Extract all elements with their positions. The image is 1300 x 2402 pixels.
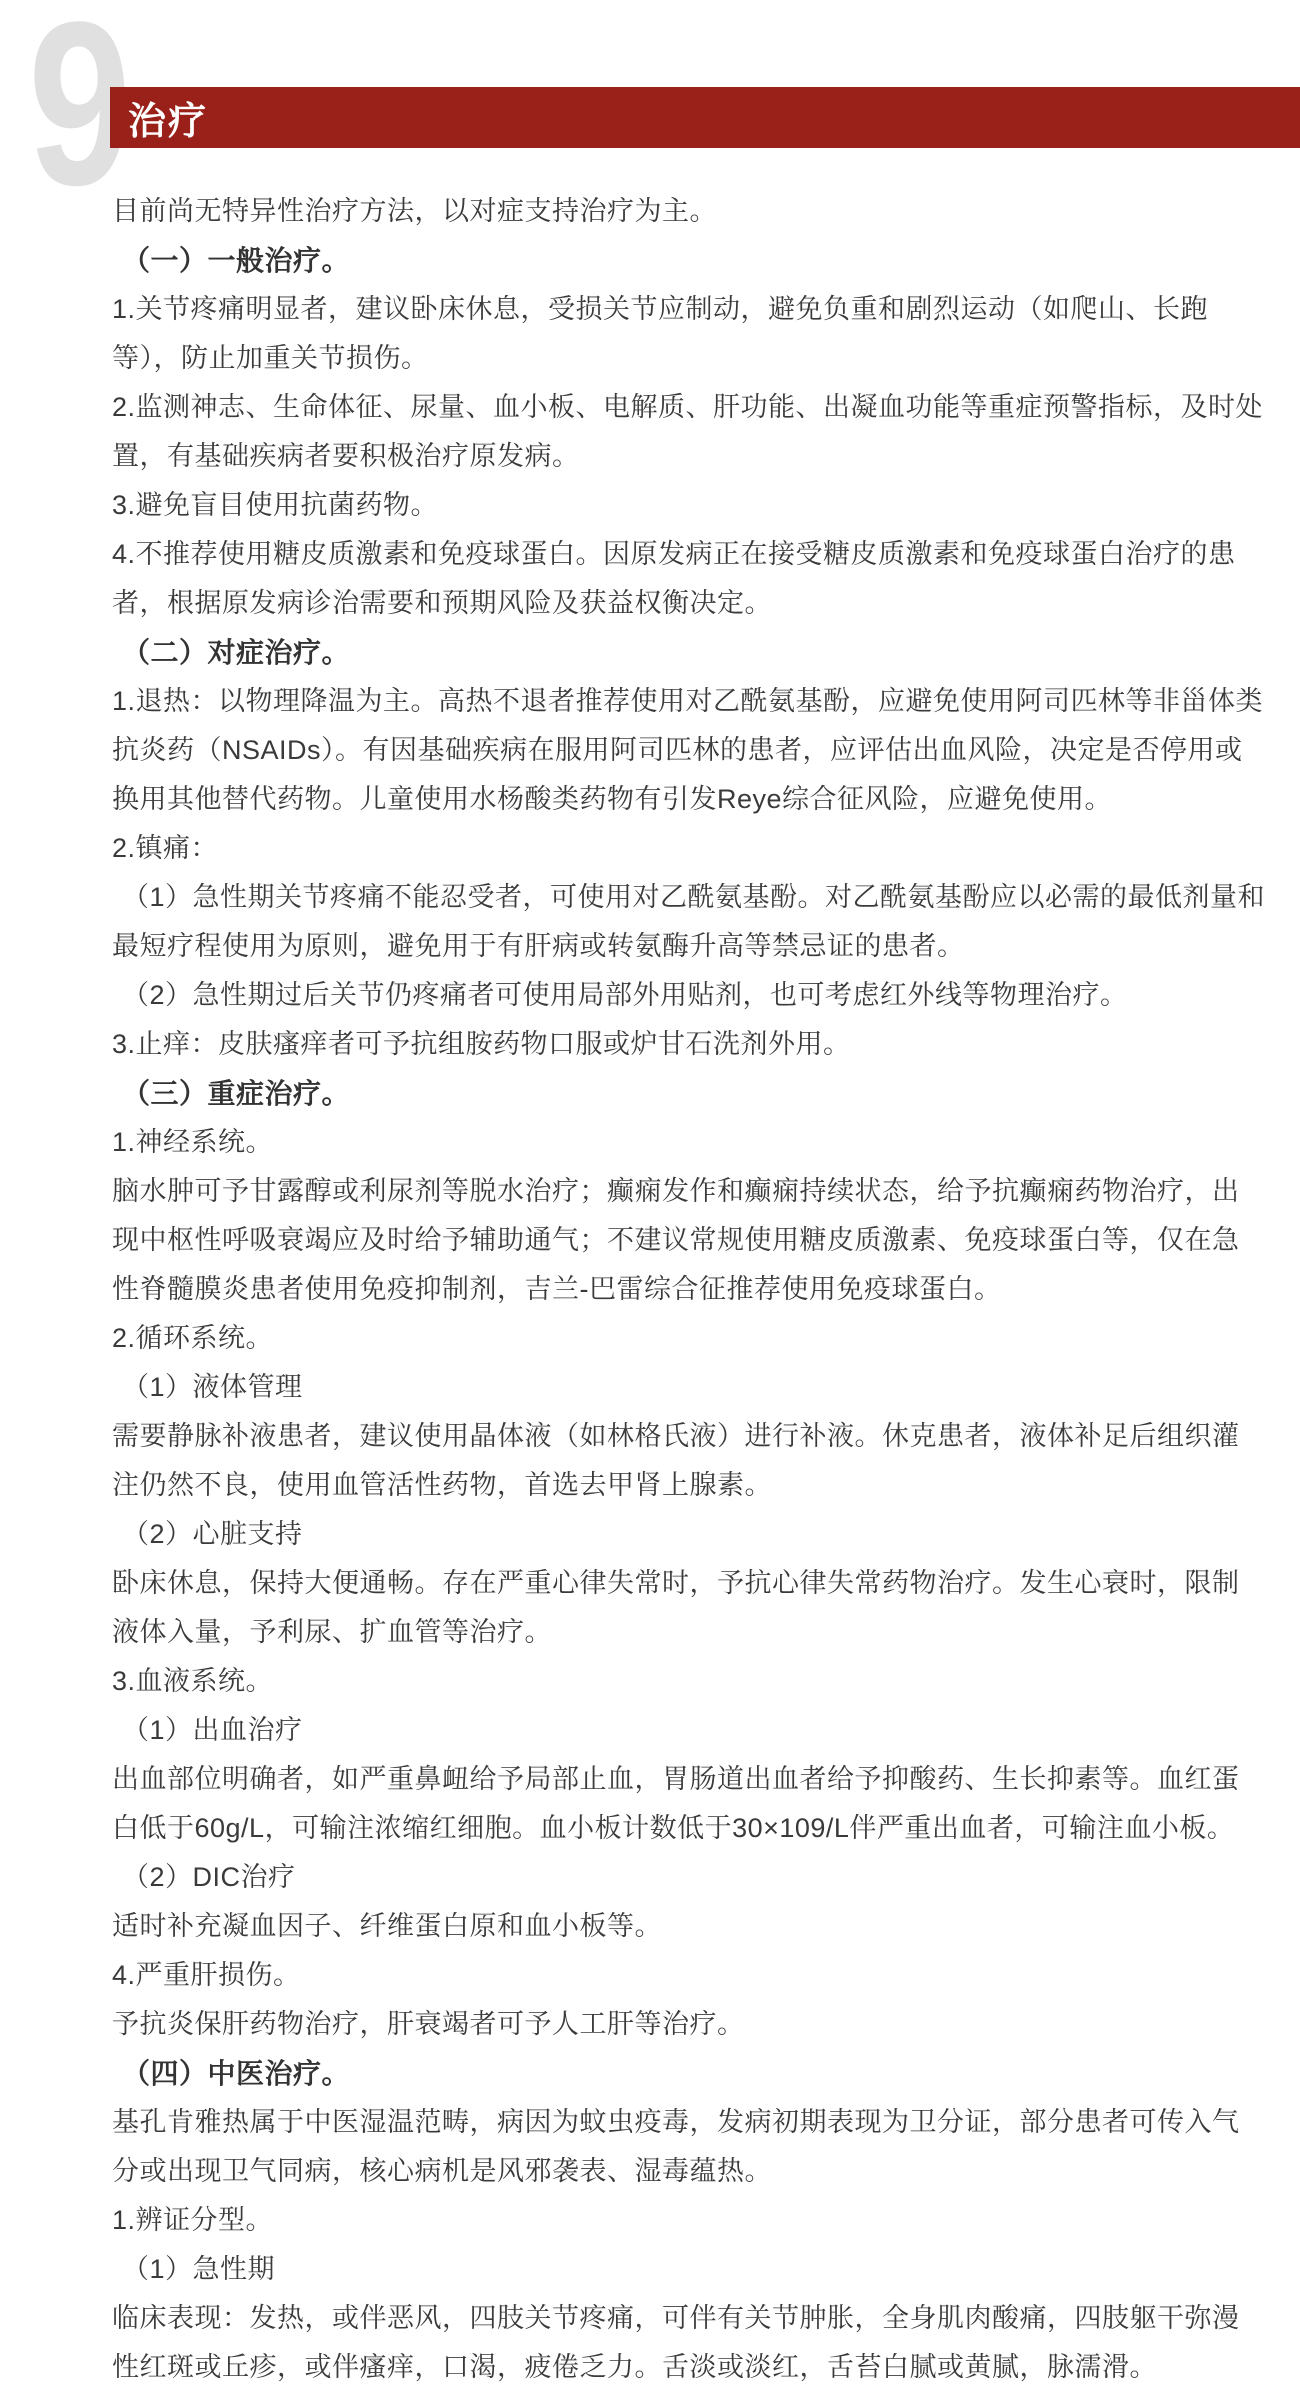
text-line: 性红斑或丘疹，或伴瘙痒，口渴，疲倦乏力。舌淡或淡红，舌苔白腻或黄腻，脉濡滑。 <box>112 2343 1242 2392</box>
text-line: （2）急性期过后关节仍疼痛者可使用局部外用贴剂，也可考虑红外线等物理治疗。 <box>122 971 1242 1020</box>
text-line: 4.严重肝损伤。 <box>112 1951 1242 2000</box>
text-line: 者，根据原发病诊治需要和预期风险及获益权衡决定。 <box>112 579 1242 628</box>
text-line: 予抗炎保肝药物治疗，肝衰竭者可予人工肝等治疗。 <box>112 2000 1242 2049</box>
text-line: 4.不推荐使用糖皮质激素和免疫球蛋白。因原发病正在接受糖皮质激素和免疫球蛋白治疗… <box>112 530 1242 579</box>
text-line: 分或出现卫气同病，核心病机是风邪袭表、湿毒蕴热。 <box>112 2147 1242 2196</box>
text-line: 置，有基础疾病者要积极治疗原发病。 <box>112 432 1242 481</box>
text-line: 1.神经系统。 <box>112 1118 1242 1167</box>
text-line: 1.退热：以物理降温为主。高热不退者推荐使用对乙酰氨基酚，应避免使用阿司匹林等非… <box>112 677 1242 726</box>
section-title: 治疗 <box>110 90 208 145</box>
text-line: （三）重症治疗。 <box>122 1069 1242 1118</box>
text-line: 换用其他替代药物。儿童使用水杨酸类药物有引发Reye综合征风险，应避免使用。 <box>112 775 1242 824</box>
text-line: 1.辨证分型。 <box>112 2196 1242 2245</box>
text-line: 最短疗程使用为原则，避免用于有肝病或转氨酶升高等禁忌证的患者。 <box>112 922 1242 971</box>
text-line: 2.循环系统。 <box>112 1314 1242 1363</box>
text-line: 需要静脉补液患者，建议使用晶体液（如林格氏液）进行补液。休克患者，液体补足后组织… <box>112 1412 1242 1461</box>
text-line: 现中枢性呼吸衰竭应及时给予辅助通气；不建议常规使用糖皮质激素、免疫球蛋白等，仅在… <box>112 1216 1242 1265</box>
text-line: 液体入量，予利尿、扩血管等治疗。 <box>112 1608 1242 1657</box>
text-line: 3.止痒：皮肤瘙痒者可予抗组胺药物口服或炉甘石洗剂外用。 <box>112 1020 1242 1069</box>
text-line: 等），防止加重关节损伤。 <box>112 334 1242 383</box>
text-line: 3.避免盲目使用抗菌药物。 <box>112 481 1242 530</box>
text-line: 性脊髓膜炎患者使用免疫抑制剂，吉兰-巴雷综合征推荐使用免疫球蛋白。 <box>112 1265 1242 1314</box>
text-line: （1）急性期 <box>122 2245 1242 2294</box>
text-line: 3.血液系统。 <box>112 1657 1242 1706</box>
text-line: 2.监测神志、生命体征、尿量、血小板、电解质、肝功能、出凝血功能等重症预警指标，… <box>112 383 1242 432</box>
text-line: 1.关节疼痛明显者，建议卧床休息，受损关节应制动，避免负重和剧烈运动（如爬山、长… <box>112 285 1242 334</box>
document-body: 目前尚无特异性治疗方法，以对症支持治疗为主。（一）一般治疗。1.关节疼痛明显者，… <box>112 187 1242 2392</box>
text-line: （一）一般治疗。 <box>122 236 1242 285</box>
text-line: （2）心脏支持 <box>122 1510 1242 1559</box>
text-line: （1）急性期关节疼痛不能忍受者，可使用对乙酰氨基酚。对乙酰氨基酚应以必需的最低剂… <box>122 873 1242 922</box>
text-line: 脑水肿可予甘露醇或利尿剂等脱水治疗；癫痫发作和癫痫持续状态，给予抗癫痫药物治疗，… <box>112 1167 1242 1216</box>
text-line: （1）液体管理 <box>122 1363 1242 1412</box>
text-line: （1）出血治疗 <box>122 1706 1242 1755</box>
text-line: （四）中医治疗。 <box>122 2049 1242 2098</box>
text-line: 基孔肯雅热属于中医湿温范畴，病因为蚊虫疫毒，发病初期表现为卫分证，部分患者可传入… <box>112 2098 1242 2147</box>
text-line: 2.镇痛： <box>112 824 1242 873</box>
document-page: 9 治疗 目前尚无特异性治疗方法，以对症支持治疗为主。（一）一般治疗。1.关节疼… <box>0 0 1300 2402</box>
text-line: 抗炎药（NSAIDs）。有因基础疾病在服用阿司匹林的患者，应评估出血风险，决定是… <box>112 726 1242 775</box>
text-line: 临床表现：发热，或伴恶风，四肢关节疼痛，可伴有关节肿胀，全身肌肉酸痛，四肢躯干弥… <box>112 2294 1242 2343</box>
text-line: 注仍然不良，使用血管活性药物，首选去甲肾上腺素。 <box>112 1461 1242 1510</box>
text-line: （2）DIC治疗 <box>122 1853 1242 1902</box>
text-line: 白低于60g/L，可输注浓缩红细胞。血小板计数低于30×109/L伴严重出血者，… <box>112 1804 1242 1853</box>
text-line: 目前尚无特异性治疗方法，以对症支持治疗为主。 <box>112 187 1242 236</box>
text-line: 适时补充凝血因子、纤维蛋白原和血小板等。 <box>112 1902 1242 1951</box>
section-header-bar: 治疗 <box>110 87 1300 148</box>
text-line: （二）对症治疗。 <box>122 628 1242 677</box>
text-line: 出血部位明确者，如严重鼻衄给予局部止血，胃肠道出血者给予抑酸药、生长抑素等。血红… <box>112 1755 1242 1804</box>
text-line: 卧床休息，保持大便通畅。存在严重心律失常时，予抗心律失常药物治疗。发生心衰时，限… <box>112 1559 1242 1608</box>
